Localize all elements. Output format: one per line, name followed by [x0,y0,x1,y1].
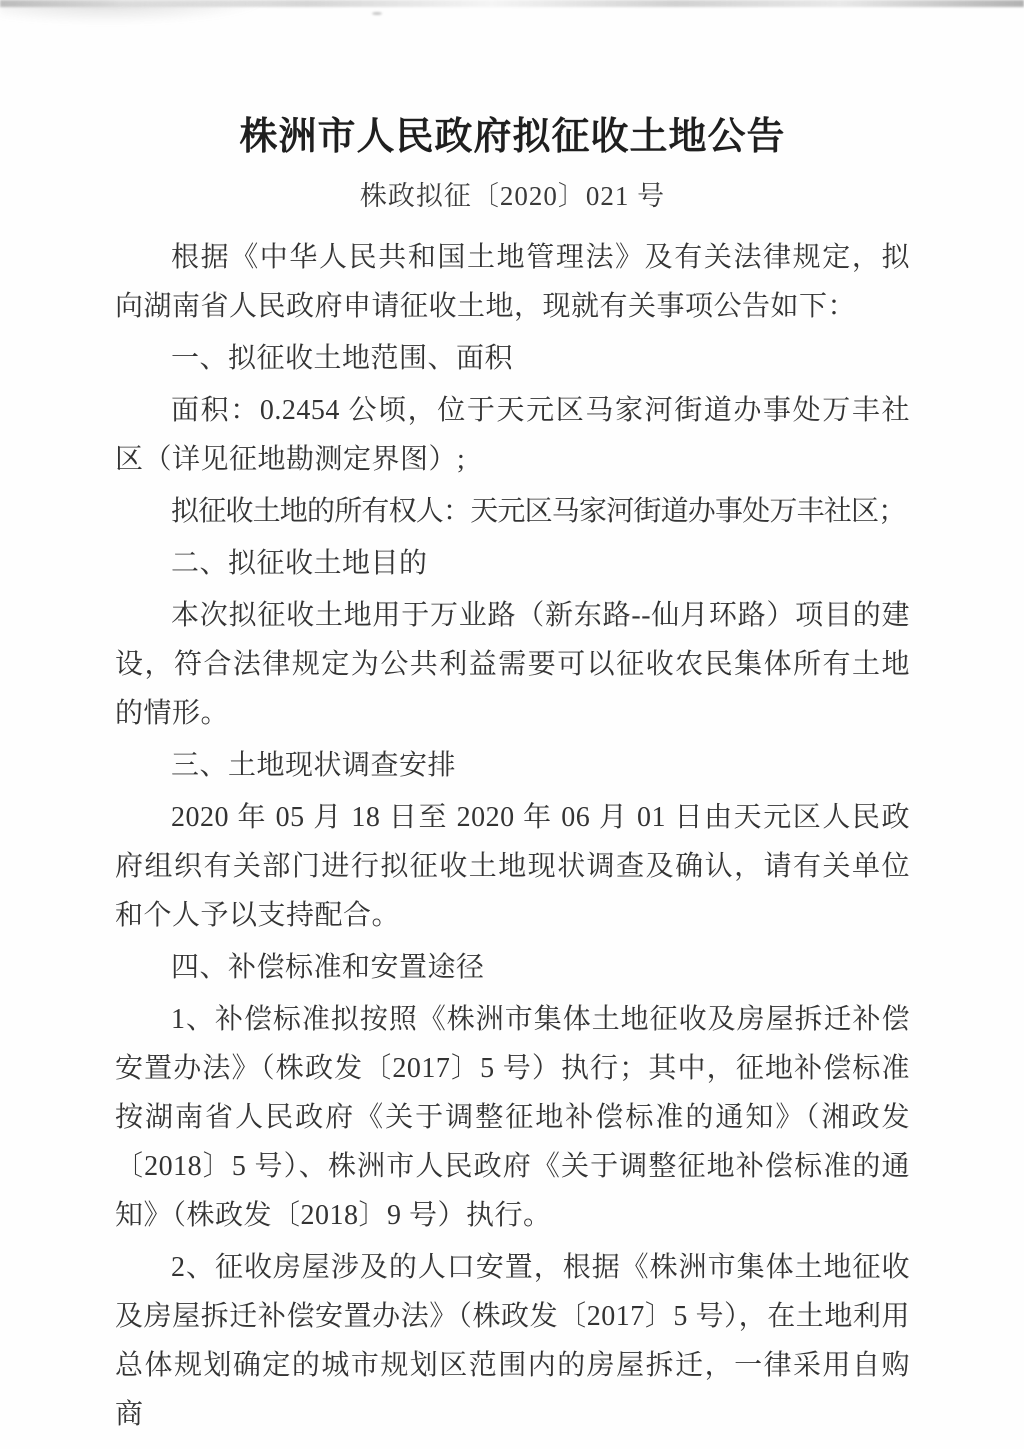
purpose-paragraph: 本次拟征收土地用于万业路（新东路--仙月环路）项目的建设，符合法律规定为公共利益… [115,591,910,738]
document-number: 株政拟征〔2020〕021 号 [115,174,910,213]
scan-smudge-artifact [0,0,380,34]
document-title: 株洲市人民政府拟征收土地公告 [115,112,910,163]
section-2-heading: 二、拟征收土地目的 [115,539,910,588]
compensation-paragraph-1: 1、补偿标准拟按照《株洲市集体土地征收及房屋拆迁补偿安置办法》（株政发〔2017… [115,995,910,1240]
scan-speck-artifact [372,12,382,15]
owner-paragraph: 拟征收土地的所有权人：天元区马家河街道办事处万丰社区； [115,487,910,536]
section-1-heading: 一、拟征收土地范围、面积 [115,334,910,383]
area-paragraph: 面积：0.2454 公顷，位于天元区马家河街道办事处万丰社区（详见征地勘测定界图… [115,386,910,484]
document-body: 根据《中华人民共和国土地管理法》及有关法律规定，拟向湖南省人民政府申请征收土地，… [115,233,910,1439]
intro-paragraph: 根据《中华人民共和国土地管理法》及有关法律规定，拟向湖南省人民政府申请征收土地，… [115,233,910,331]
survey-paragraph: 2020 年 05 月 18 日至 2020 年 06 月 01 日由天元区人民… [115,793,910,940]
document-page: 株洲市人民政府拟征收土地公告 株政拟征〔2020〕021 号 根据《中华人民共和… [0,0,1024,1449]
compensation-paragraph-2: 2、征收房屋涉及的人口安置，根据《株洲市集体土地征收及房屋拆迁补偿安置办法》（株… [115,1243,910,1439]
section-4-heading: 四、补偿标准和安置途径 [115,943,910,992]
document-content: 株洲市人民政府拟征收土地公告 株政拟征〔2020〕021 号 根据《中华人民共和… [115,112,910,1442]
section-3-heading: 三、土地现状调查安排 [115,741,910,790]
